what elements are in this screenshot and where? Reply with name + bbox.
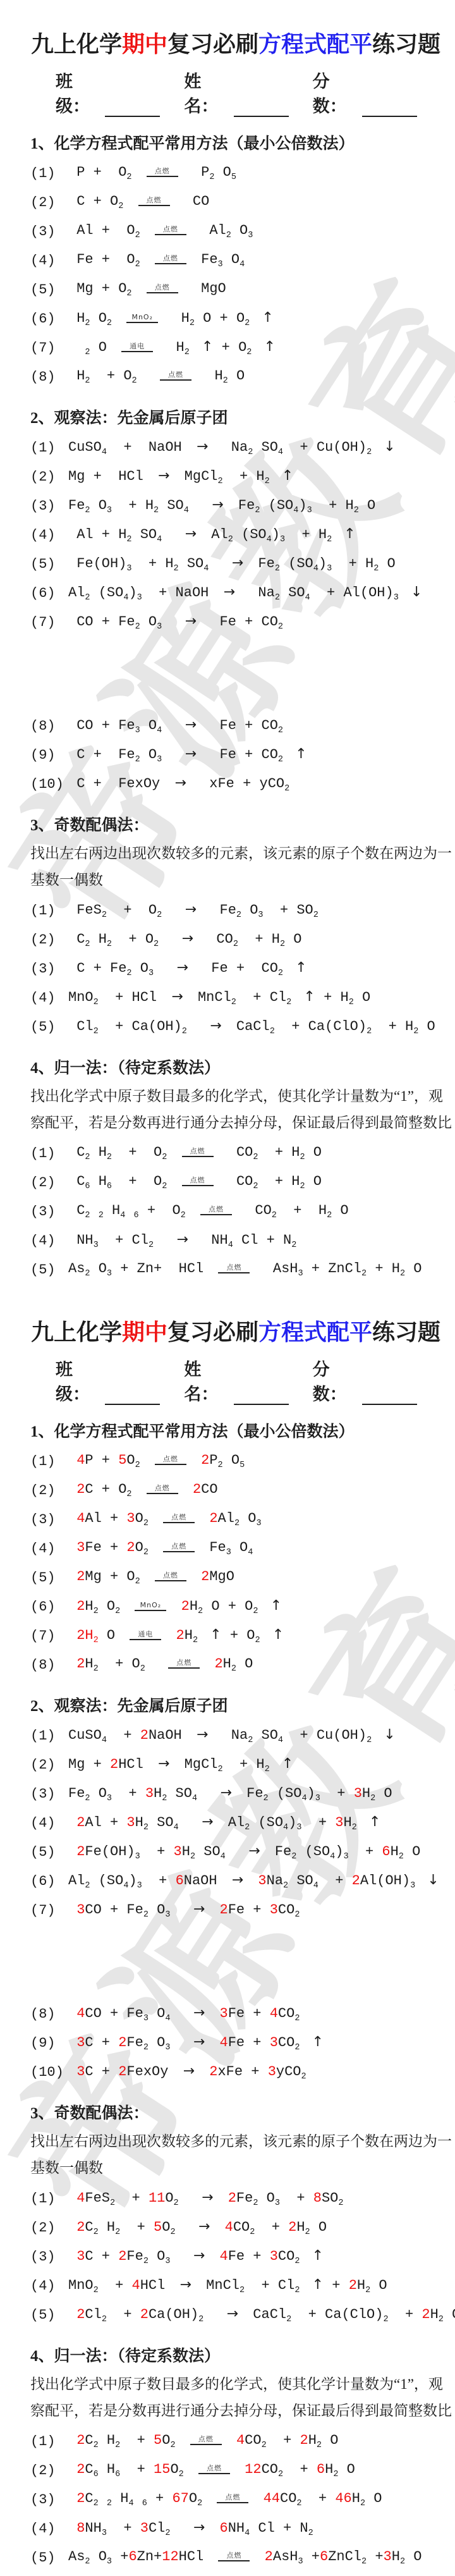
subscript: 2 xyxy=(110,2199,115,2208)
formula-text: Na xyxy=(267,1873,283,1889)
formula-text xyxy=(145,1656,162,1672)
formula-text: ) xyxy=(272,527,280,543)
red-coefficient: 6 xyxy=(320,2549,328,2565)
fields-row: 班级：姓名：分数： xyxy=(56,1356,441,1405)
formula-text: CO xyxy=(280,2491,296,2506)
formula-text xyxy=(206,1656,214,1672)
gas-up-arrow: ↑ xyxy=(344,526,355,542)
formula-text: 4 xyxy=(76,1511,85,1526)
formula-text: O xyxy=(99,1598,115,1614)
condition-arrow: MnO₂ xyxy=(135,1602,166,1611)
subscript: 6 xyxy=(94,2470,99,2479)
formula-text xyxy=(332,527,340,543)
subscript: 2 xyxy=(126,969,131,978)
section-heading: 1、化学方程式配平常用方法（最小公倍数法） xyxy=(30,131,441,154)
formula-text: 4 xyxy=(76,1452,85,1468)
formula-text: Fe + xyxy=(85,1540,126,1555)
formula-text: + xyxy=(142,1873,176,1889)
formula-text xyxy=(132,164,140,180)
subscript: 2 xyxy=(305,2228,310,2237)
formula-text: Fe + CO xyxy=(203,747,278,763)
equation: Fe(OH)3 + H2 SO4 → Fe2 (SO4)3 + H2 O xyxy=(68,555,396,573)
subscript: 4 xyxy=(240,260,245,269)
condition-arrow: 点燃 xyxy=(138,197,170,206)
formula-text: Mg + O xyxy=(68,281,126,297)
formula-text xyxy=(68,1656,76,1672)
section-description: 找出左右两边出现次数较多的元素，该元素的原子个数在两边为一基数一偶数 xyxy=(30,2128,441,2181)
formula-text: 2 xyxy=(76,1815,85,1831)
formula-text: 6 xyxy=(320,2549,328,2565)
subscript: 2 xyxy=(223,376,228,386)
formula-text xyxy=(112,310,120,326)
formula-text: SO xyxy=(132,527,157,543)
subscript: 2 xyxy=(367,1027,372,1036)
equation-item: (5) Mg + O2 点燃 MgO xyxy=(30,275,441,304)
formula-text xyxy=(154,1232,170,1248)
formula-text xyxy=(211,2006,219,2021)
condition-bar xyxy=(147,292,178,293)
formula-text: 4 xyxy=(76,2190,85,2206)
formula-text: 2 xyxy=(352,1873,360,1889)
formula-text: + H xyxy=(223,1757,265,1772)
yields-arrow: → xyxy=(195,1814,219,1830)
red-coefficient: 3 xyxy=(268,2064,276,2080)
title-segment: 练习题 xyxy=(372,32,440,57)
formula-text: H xyxy=(68,368,85,384)
item-number: (2) xyxy=(30,1483,68,1499)
section-heading: 1、化学方程式配平常用方法（最小公倍数法） xyxy=(30,1419,441,1442)
title-segment: 期中 xyxy=(122,32,167,57)
formula-text: C + O xyxy=(68,193,118,209)
section-3: 3、奇数配偶法：找出左右两边出现次数较多的元素，该元素的原子个数在两边为一基数一… xyxy=(30,813,441,1041)
formula-text: O xyxy=(90,1786,107,1801)
condition-label: 点燃 xyxy=(138,197,170,204)
item-number: (5) xyxy=(30,556,68,572)
equation-item: (1) 4FeS2 + 11O2 → 2Fe2 O3 + 8SO2 xyxy=(30,2184,441,2213)
formula-text xyxy=(190,340,198,355)
formula-text xyxy=(68,1481,76,1497)
formula-text xyxy=(300,2278,308,2293)
equation-item: (2) C2 H2 + O2 → CO2 + H2 O xyxy=(30,925,441,954)
condition-arrow: 点燃 xyxy=(147,1485,178,1494)
formula-text: SO xyxy=(280,585,305,601)
formula-text xyxy=(256,2549,264,2565)
formula-text xyxy=(211,1902,219,1918)
equation-item: (2)Mg + 2HCl → MgCl2 + H2 ↑ xyxy=(30,1750,441,1779)
subscript: 3 xyxy=(135,726,140,735)
formula-text: + xyxy=(120,2432,154,2448)
condition-bar xyxy=(163,1522,195,1523)
subscript: 2 xyxy=(85,593,90,603)
formula-text: Al xyxy=(203,527,228,543)
formula-text: + xyxy=(280,2190,313,2206)
formula-text xyxy=(162,902,178,918)
equation-item: (3) C + Fe2 O3 → Fe + CO2 ↑ xyxy=(30,954,441,983)
formula-text: O xyxy=(90,1261,107,1277)
red-coefficient: 4 xyxy=(76,1452,85,1468)
formula-text: + H xyxy=(315,990,349,1005)
formula-text: Fe xyxy=(68,498,85,513)
item-number: (7) xyxy=(30,615,68,630)
formula-text: O xyxy=(90,310,107,326)
red-coefficient: 5 xyxy=(154,2219,162,2235)
equation-item: (5) 2Cl2 + 2Ca(OH)2 → CaCl2 + Ca(ClO)2 +… xyxy=(30,2300,441,2329)
red-coefficient: 4 xyxy=(220,2248,228,2264)
subscript: 2 xyxy=(99,1211,104,1220)
formula-text: + H xyxy=(258,1144,300,1160)
yields-arrow: → xyxy=(214,1785,238,1801)
item-number: (5) xyxy=(30,1262,68,1278)
formula-text xyxy=(193,1569,201,1585)
formula-text: + Ca(OH) xyxy=(99,1019,182,1034)
condition-bar xyxy=(182,1156,214,1157)
gas-up-arrow: ↑ xyxy=(295,960,306,976)
subscript: 4 xyxy=(192,1794,197,1803)
formula-text: CO xyxy=(278,2035,294,2051)
subscript: 6 xyxy=(85,1182,90,1191)
formula-text: CO + Fe xyxy=(68,718,135,733)
formula-text xyxy=(372,439,380,455)
page: 帝源教育九上化学期中复习必刷方程式配平练习题班级：姓名：分数：1、化学方程式配平… xyxy=(0,1288,455,2576)
formula-text xyxy=(184,2462,192,2477)
subscript: 4 xyxy=(301,1794,306,1803)
condition-arrow: 点燃 xyxy=(160,371,191,381)
formula-text: Fe xyxy=(193,252,218,267)
equation: As2 O3 +6Zn+12HCl 点燃 2AsH3 +6ZnCl2 +3H2 … xyxy=(68,2549,422,2567)
red-coefficient: 2 xyxy=(110,1757,118,1772)
formula-text: 44 xyxy=(264,2491,280,2506)
equation-item: (4)MnO2 + 4HCl → MnCl2 + Cl2 ↑ + 2H2 O xyxy=(30,2271,441,2300)
subscript: 2 xyxy=(126,535,131,544)
formula-text: 2 xyxy=(76,2491,85,2506)
formula-text: O xyxy=(149,2035,165,2051)
formula-text: NH xyxy=(195,1232,228,1248)
item-number: (4) xyxy=(30,253,68,269)
section-3: 3、奇数配偶法：找出左右两边出现次数较多的元素，该元素的原子个数在两边为一基数一… xyxy=(30,2101,441,2329)
subscript: 2 xyxy=(367,448,372,457)
condition-bar xyxy=(147,176,178,177)
subscript: 2 xyxy=(198,1607,203,1616)
formula-text xyxy=(228,2432,236,2448)
formula-text xyxy=(255,2491,263,2506)
red-coefficient: 4 xyxy=(132,2278,140,2293)
formula-text: C xyxy=(68,1144,85,1160)
formula-text xyxy=(162,614,178,630)
gas-up-arrow: ↑ xyxy=(282,468,293,484)
formula-text: O xyxy=(241,902,258,918)
red-coefficient: 11 xyxy=(149,2190,165,2206)
condition-bar xyxy=(155,263,186,264)
subscript: 4 xyxy=(128,2499,133,2508)
yields-arrow: → xyxy=(170,960,194,976)
formula-text xyxy=(68,2462,76,2477)
class-field: 班级： xyxy=(56,68,160,117)
formula-text xyxy=(173,1598,181,1614)
formula-text xyxy=(68,2035,76,2051)
subscript: 2 xyxy=(85,319,90,328)
red-coefficient: 3 xyxy=(384,2549,392,2565)
subscript: 2 xyxy=(135,231,140,240)
formula-text: + H xyxy=(312,498,354,513)
formula-text: H xyxy=(392,2549,400,2565)
red-coefficient: 3 xyxy=(126,1511,135,1526)
subscript: 3 xyxy=(107,1794,112,1803)
subscript: 3 xyxy=(298,2557,303,2567)
formula-text: 3 xyxy=(174,1844,182,1860)
formula-text: 3 xyxy=(76,1540,85,1555)
formula-text: O xyxy=(126,1452,135,1468)
formula-text: (SO xyxy=(280,556,313,572)
red-coefficient: 2 xyxy=(201,1452,209,1468)
equation-item: (3) 2C2 2 H4 6 + 67O2 点燃 44CO2 + 46H2 O xyxy=(30,2485,441,2514)
formula-text: + H xyxy=(223,469,265,484)
formula-text: O xyxy=(223,1452,240,1468)
subscript: 2 xyxy=(370,1794,375,1803)
formula-text: Fe xyxy=(250,556,275,572)
item-number: (3) xyxy=(30,2492,68,2508)
formula-text: 6 xyxy=(220,2520,228,2536)
red-coefficient: 2 xyxy=(220,1902,228,1918)
condition-arrow: 点燃 xyxy=(163,1514,195,1523)
formula-text: Fe xyxy=(230,498,255,513)
item-number: (4) xyxy=(30,2521,68,2537)
formula-text: + O xyxy=(107,902,157,918)
subscript: 3 xyxy=(218,260,223,269)
formula-text: CuSO xyxy=(68,439,102,455)
subscript: 2 xyxy=(264,1794,269,1803)
subscript: 2 xyxy=(234,1519,240,1528)
formula-text: Al + xyxy=(85,1511,126,1526)
formula-text xyxy=(134,2491,142,2506)
item-number: (5) xyxy=(30,1019,68,1035)
formula-text xyxy=(162,747,178,763)
equation: CO + Fe2 O3 → Fe + CO2 xyxy=(68,613,283,632)
condition-arrow: 点燃 xyxy=(190,2436,222,2445)
title-segment: 期中 xyxy=(122,1320,167,1345)
subscript: 2 xyxy=(94,1664,99,1674)
subscript: 4 xyxy=(102,1736,107,1745)
formula-text: 4 xyxy=(220,2035,228,2051)
formula-text xyxy=(189,498,205,513)
red-coefficient: 8 xyxy=(76,2520,85,2536)
page: 帝源教育九上化学期中复习必刷方程式配平练习题班级：姓名：分数：1、化学方程式配平… xyxy=(0,0,455,1288)
formula-text: + H xyxy=(367,1261,400,1277)
formula-text: O xyxy=(236,1656,253,1672)
formula-text: O xyxy=(305,1144,322,1160)
formula-text: C + O xyxy=(85,1481,126,1497)
condition-bar xyxy=(198,2473,230,2474)
section-description: 找出化学式中原子数目最多的化学式，使其化学计量数为“1”，观察配平，若是分数再进… xyxy=(30,2371,441,2424)
formula-text: Al + O xyxy=(68,223,135,238)
condition-arrow: 点燃 xyxy=(155,1456,186,1465)
subscript: 2 xyxy=(262,2441,267,2450)
red-coefficient: 2 xyxy=(76,1844,85,1860)
item-number: (1) xyxy=(30,440,68,456)
formula-text: HCl xyxy=(118,1757,152,1772)
red-coefficient: 2 xyxy=(76,2432,85,2448)
formula-text xyxy=(68,1452,76,1468)
formula-text: O xyxy=(405,1261,422,1277)
formula-text: Cl + N xyxy=(233,1232,291,1248)
item-number: (3) xyxy=(30,2249,68,2265)
subscript: 2 xyxy=(294,2014,300,2023)
formula-text: CO + Fe xyxy=(85,1902,143,1918)
page-content: 九上化学期中复习必刷方程式配平练习题班级：姓名：分数：1、化学方程式配平常用方法… xyxy=(30,27,441,1284)
formula-text: MgO xyxy=(185,281,226,297)
red-coefficient: 6 xyxy=(317,2462,325,2477)
red-coefficient: 2 xyxy=(214,1656,222,1672)
item-number: (6) xyxy=(30,311,68,327)
subscript: 2 xyxy=(135,1577,140,1586)
equation-item: (8) CO + Fe3 O4 → Fe + CO2 xyxy=(30,711,441,740)
subscript: 4 xyxy=(278,1736,283,1745)
equation: 4CO + Fe3 O4 → 3Fe + 4CO2 xyxy=(68,2005,300,2023)
formula-text: + O xyxy=(213,340,246,355)
red-coefficient: 4 xyxy=(270,2006,278,2021)
equation: 2H2 O 通电 2H2 ↑ + O2 ↑ xyxy=(68,1627,284,1645)
formula-text xyxy=(252,340,260,355)
item-number: (8) xyxy=(30,2006,68,2022)
red-coefficient: 6 xyxy=(128,2549,136,2565)
formula-text: O xyxy=(223,252,240,267)
equation-item: (7) 3CO + Fe2 O3 → 2Fe + 3CO2 xyxy=(30,1896,441,1925)
red-coefficient: 3 xyxy=(76,1902,85,1918)
subscript: 2 xyxy=(149,1241,154,1250)
gas-up-arrow: ↑ xyxy=(270,1598,282,1614)
page-title: 九上化学期中复习必刷方程式配平练习题 xyxy=(30,1315,441,1347)
section-heading: 3、奇数配偶法： xyxy=(30,813,441,835)
yields-arrow: → xyxy=(152,468,176,484)
formula-text xyxy=(197,1786,214,1801)
section-desc-line: 找出左右两边出现次数较多的元素，该元素的原子个数在两边为一 xyxy=(30,840,441,867)
subscript: 2 xyxy=(365,2286,370,2295)
red-coefficient: 2 xyxy=(193,1481,201,1497)
section-heading: 4、归一法：（待定系数法） xyxy=(30,2343,441,2366)
item-number: (8) xyxy=(30,718,68,734)
condition-arrow: 点燃 xyxy=(198,2465,230,2474)
formula-text: 46 xyxy=(335,2491,351,2506)
equation-item: (4) NH3 + Cl2 → NH4 Cl + N2 xyxy=(30,1226,441,1255)
formula-text: O xyxy=(149,2006,165,2021)
formula-text: Fe xyxy=(126,2248,143,2264)
red-coefficient: 3 xyxy=(354,1786,362,1801)
formula-text xyxy=(68,2248,76,2264)
formula-text xyxy=(258,1598,266,1614)
formula-text: 12 xyxy=(245,2462,261,2477)
subscript: 2 xyxy=(300,1153,305,1162)
formula-text: O xyxy=(214,164,231,180)
formula-text: 2 xyxy=(422,2307,430,2322)
formula-text: C + Fe xyxy=(68,747,135,763)
formula-text: + H xyxy=(285,527,327,543)
formula-text: + NaOH xyxy=(107,439,190,455)
formula-text: Fe xyxy=(267,1844,292,1860)
subscript: 2 xyxy=(85,348,90,357)
formula-text: SO xyxy=(322,2190,338,2206)
formula-text: 2 xyxy=(193,1481,201,1497)
formula-text: O xyxy=(140,718,157,733)
equation: 2Mg + O2 点燃 2MgO xyxy=(68,1569,234,1586)
subscript: 2 xyxy=(94,2441,99,2450)
formula-text: ) xyxy=(128,585,136,601)
formula-text: + Ca(ClO) xyxy=(291,2307,383,2322)
condition-arrow: 点燃 xyxy=(155,1572,186,1581)
equation-item: (2)Mg + HCl → MgCl2 + H2 ↑ xyxy=(30,462,441,491)
formula-text: ) xyxy=(318,556,327,572)
equation-item: (5) 2Fe(OH)3 + 3H2 SO4 → Fe2 (SO4)3 + 6H… xyxy=(30,1837,441,1867)
formula-text: MnCl xyxy=(198,2278,240,2293)
formula-text: MgCl xyxy=(176,1757,217,1772)
subscript: 2 xyxy=(294,1910,300,1920)
formula-text: MnO xyxy=(68,2278,94,2293)
formula-text: NaOH xyxy=(149,1727,190,1743)
condition-arrow: 点燃 xyxy=(147,168,178,177)
equation-item: (1)CuSO4 + NaOH → Na2 SO4 + Cu(OH)2 ↓ xyxy=(30,433,441,462)
condition-arrow: 点燃 xyxy=(147,284,178,293)
formula-text: + xyxy=(283,2462,317,2477)
field-label: 姓名： xyxy=(184,68,232,117)
subscript: 2 xyxy=(143,2257,149,2266)
formula-text: P xyxy=(185,164,210,180)
formula-text: H xyxy=(357,2278,365,2293)
formula-text: + xyxy=(301,1815,335,1831)
formula-text: C xyxy=(85,2219,93,2235)
formula-text: 15 xyxy=(154,2462,170,2477)
formula-text: 2 xyxy=(126,1540,135,1555)
red-coefficient: 4 xyxy=(220,2035,228,2051)
red-coefficient: 5 xyxy=(118,1452,126,1468)
equation: Fe2 O3 + 3H2 SO4 → Fe2 (SO4)3 + 3H2 O xyxy=(68,1785,392,1803)
formula-text: 3 xyxy=(145,1786,154,1801)
red-coefficient: 12 xyxy=(245,2462,261,2477)
formula-text: C + xyxy=(85,2064,118,2080)
yields-arrow: → xyxy=(190,1727,214,1743)
formula-text: CO xyxy=(176,193,210,209)
yields-arrow: → xyxy=(226,1872,250,1888)
subscript: 2 xyxy=(170,2228,175,2237)
formula-text xyxy=(125,1203,133,1218)
formula-text: Mg + xyxy=(68,1757,110,1772)
title-segment: 方程式配平 xyxy=(258,32,372,57)
equation: MnO2 + 4HCl → MnCl2 + Cl2 ↑ + 2H2 O xyxy=(68,2277,387,2295)
equation-item: (4) 3Fe + 2O2 点燃 Fe3 O4 xyxy=(30,1534,441,1563)
formula-text: Fe(OH) xyxy=(68,556,126,572)
subscript: 3 xyxy=(258,911,263,920)
formula-text: MnCl xyxy=(190,990,231,1005)
subscript: 2 xyxy=(126,173,131,182)
subscript: 2 xyxy=(275,593,280,603)
subscript: 2 xyxy=(265,477,270,486)
item-number: (1) xyxy=(30,2191,68,2207)
subscript: 2 xyxy=(190,1852,195,1861)
yields-arrow: → xyxy=(170,1232,194,1248)
formula-text xyxy=(132,1481,140,1497)
subscript: 4 xyxy=(228,1241,233,1250)
item-number: (2) xyxy=(30,195,68,211)
formula-text xyxy=(372,1727,380,1743)
formula-text: H xyxy=(112,2491,128,2506)
formula-text: 2 xyxy=(201,1452,209,1468)
formula-text xyxy=(68,1569,76,1585)
formula-text: C xyxy=(85,2432,93,2448)
red-coefficient: 2 xyxy=(422,2307,430,2322)
gas-up-arrow: ↑ xyxy=(272,1627,284,1643)
subscript: 2 xyxy=(94,998,99,1007)
yields-arrow: → xyxy=(179,717,203,733)
formula-text: 3 xyxy=(335,1815,343,1831)
formula-text: H xyxy=(99,2462,115,2477)
formula-text: + xyxy=(120,2462,154,2477)
